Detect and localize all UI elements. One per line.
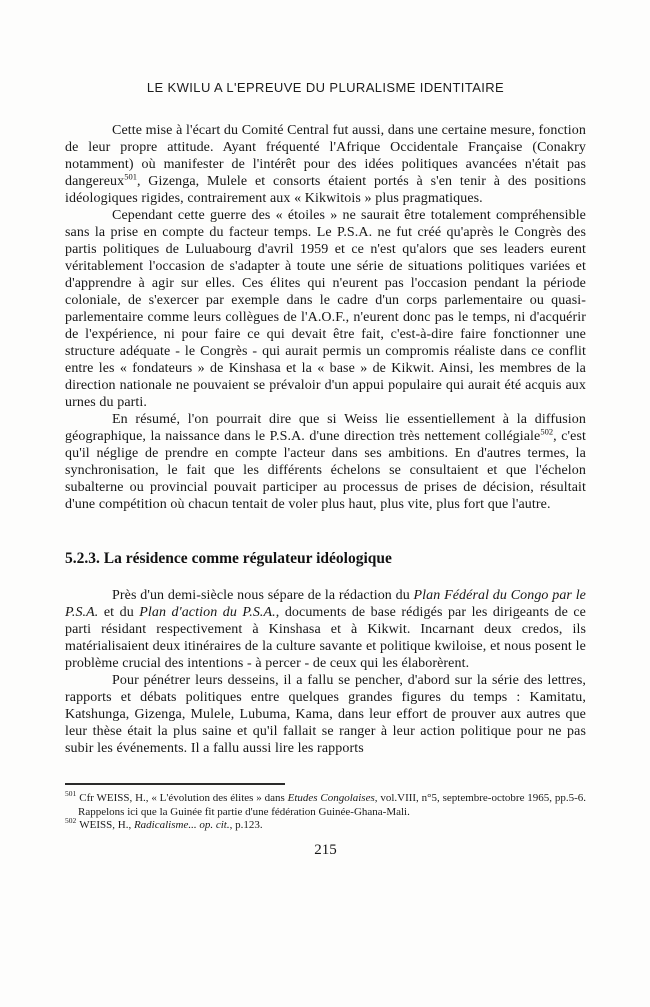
- text-run: Cfr WEISS, H., « L'évolution des élites …: [79, 792, 287, 804]
- footnote-marker: 501: [65, 789, 76, 798]
- italic-text: Etudes Congolaises: [288, 792, 375, 804]
- footnote: 501Cfr WEISS, H., « L'évolution des élit…: [65, 792, 586, 819]
- paragraph: Près d'un demi-siècle nous sépare de la …: [65, 587, 586, 672]
- text-run: Pour pénétrer leurs desseins, il a fallu…: [65, 673, 586, 756]
- text-run: , p.123.: [230, 819, 263, 831]
- paragraph: Cependant cette guerre des « étoiles » n…: [65, 207, 586, 411]
- footnote-area: 501Cfr WEISS, H., « L'évolution des élit…: [65, 783, 586, 833]
- italic-text: Plan d'action du P.S.A.: [139, 605, 276, 620]
- paragraph: Pour pénétrer leurs desseins, il a fallu…: [65, 672, 586, 757]
- footnote-marker: 502: [65, 816, 76, 825]
- paragraph: En résumé, l'on pourrait dire que si Wei…: [65, 411, 586, 513]
- text-run: et du: [98, 605, 139, 620]
- section-heading: 5.2.3. La résidence comme régulateur idé…: [65, 549, 586, 568]
- running-header: LE KWILU A L'EPREUVE DU PLURALISME IDENT…: [65, 80, 586, 95]
- text-run: Cependant cette guerre des « étoiles » n…: [65, 208, 586, 410]
- text-run: En résumé, l'on pourrait dire que si Wei…: [65, 412, 586, 444]
- text-run: Près d'un demi-siècle nous sépare de la …: [112, 588, 414, 603]
- italic-text: Radicalisme... op. cit.: [134, 819, 230, 831]
- footnote-ref: 502: [540, 426, 553, 436]
- footnote: 502WEISS, H., Radicalisme... op. cit., p…: [65, 819, 586, 833]
- text-block: Cette mise à l'écart du Comité Central f…: [65, 122, 586, 757]
- page-number: 215: [65, 842, 586, 859]
- footnote-ref: 501: [124, 171, 137, 181]
- footnote-separator: [65, 783, 285, 785]
- text-run: , Gizenga, Mulele et consorts étaient po…: [65, 174, 586, 206]
- text-run: WEISS, H.,: [79, 819, 134, 831]
- document-page: LE KWILU A L'EPREUVE DU PLURALISME IDENT…: [0, 0, 650, 1007]
- footnotes: 501Cfr WEISS, H., « L'évolution des élit…: [65, 792, 586, 833]
- paragraph: Cette mise à l'écart du Comité Central f…: [65, 122, 586, 207]
